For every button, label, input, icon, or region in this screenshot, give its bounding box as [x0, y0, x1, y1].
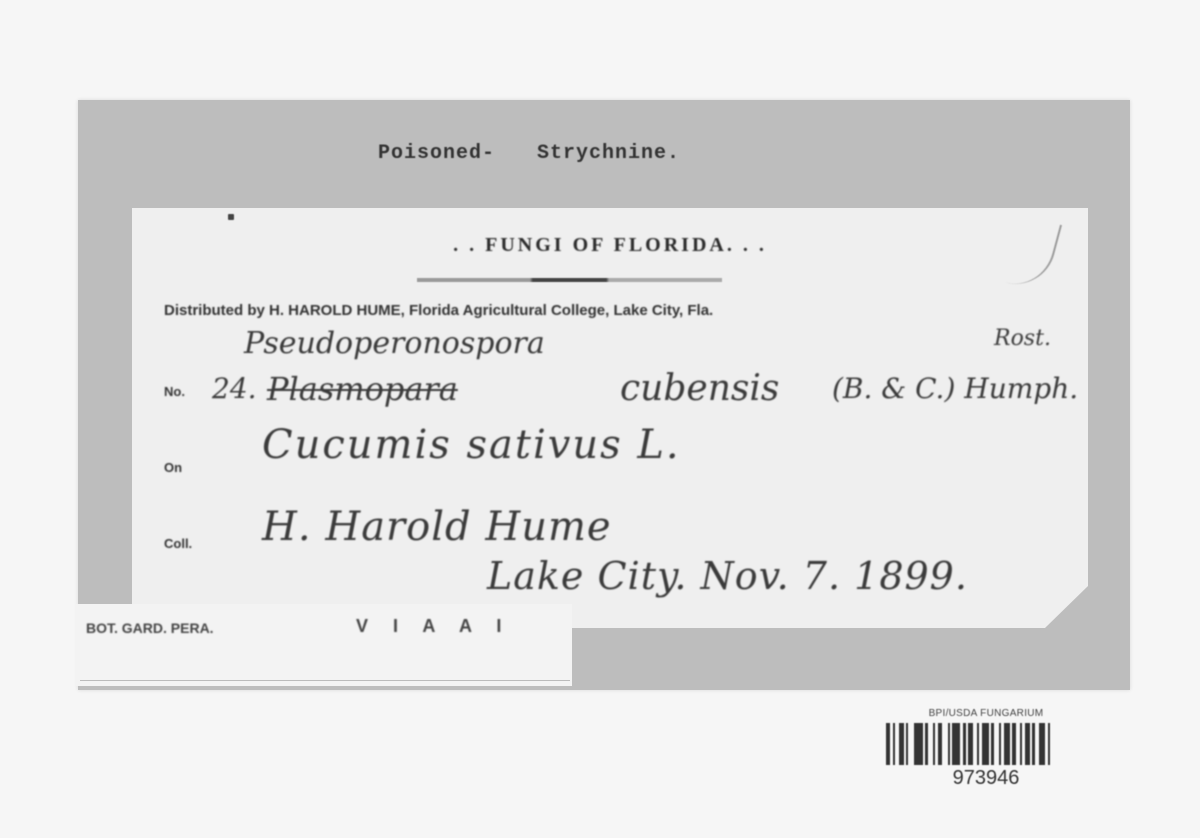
collector-name: H. Harold Hume [262, 504, 612, 550]
stamp-text: BOT. GARD. PERA. [86, 620, 214, 636]
authority-annotation: Rost. [994, 326, 1051, 351]
struck-genus: Plasmopara [267, 370, 458, 408]
barcode-header: BPI/USDA FUNGARIUM [884, 708, 1088, 719]
authority: (B. & C.) Humph. [832, 372, 1078, 405]
treatment-label-value: Strychnine. [537, 142, 680, 165]
pin-mark [228, 214, 234, 220]
barcode-icon [886, 723, 1088, 765]
exsiccata-label-card: . . FUNGI OF FLORIDA. . . Distributed by… [132, 208, 1088, 628]
host-name: Cucumis sativus L. [262, 422, 681, 468]
stamp-number: V I A A I [356, 616, 511, 637]
specimen-sheet: Poisoned-Strychnine. . . FUNGI OF FLORID… [0, 0, 1200, 838]
label-heading: . . FUNGI OF FLORIDA. . . [132, 234, 1088, 257]
number-prefix: No. [164, 384, 185, 399]
annotation-genus: Pseudoperonospora [244, 326, 545, 361]
treatment-label-prefix: Poisoned- [378, 142, 495, 165]
locality-date: Lake City. Nov. 7. 1899. [487, 554, 968, 598]
collector-prefix: Coll. [164, 536, 192, 551]
host-prefix: On [164, 460, 182, 475]
barcode-number: 973946 [884, 767, 1088, 790]
species-epithet: cubensis [620, 368, 779, 409]
barcode-label: BPI/USDA FUNGARIUM 973946 [884, 708, 1088, 804]
number-value: 24. [212, 372, 257, 405]
heading-rule [417, 278, 722, 282]
stamp-divider [80, 680, 570, 681]
distributor-line: Distributed by H. HAROLD HUME, Florida A… [164, 302, 713, 319]
treatment-label: Poisoned-Strychnine. [378, 142, 680, 165]
herbarium-stamp: BOT. GARD. PERA. V I A A I [76, 604, 572, 686]
